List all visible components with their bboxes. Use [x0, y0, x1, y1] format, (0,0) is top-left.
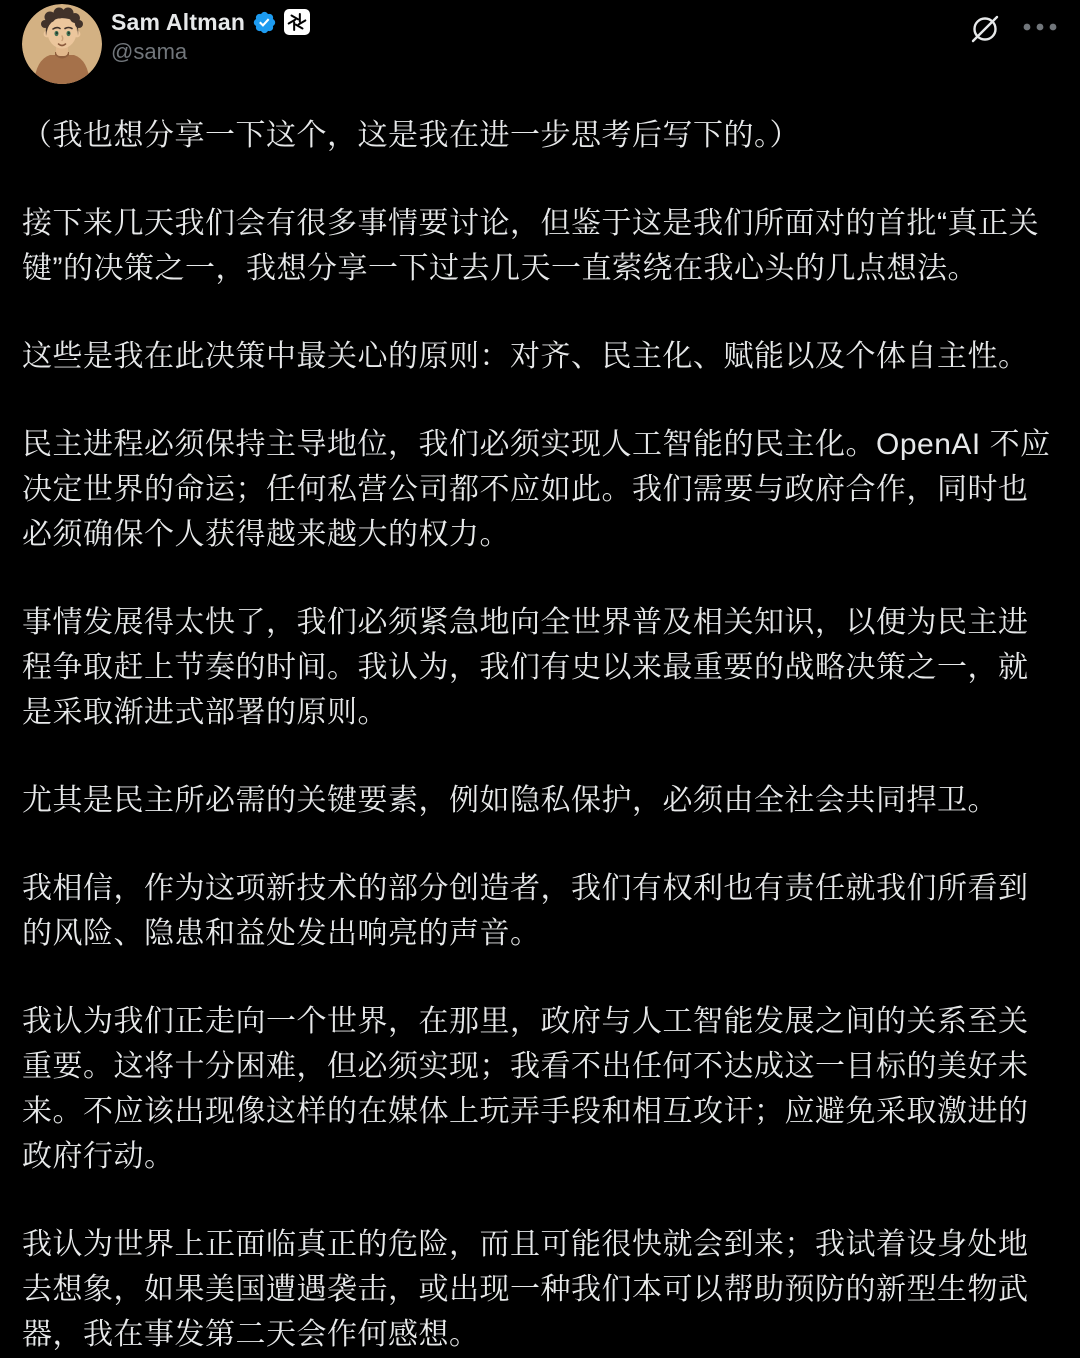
ellipsis-icon	[1022, 22, 1058, 32]
avatar-cartoon-illustration	[22, 4, 102, 84]
openai-logo-icon	[286, 11, 308, 33]
verified-badge-icon	[252, 10, 277, 35]
identity-block: Sam Altman	[111, 4, 310, 66]
paragraph-9: 我认为世界上正面临真正的危险，而且可能很快就会到来；我试着设身处地去想象，如果美…	[22, 1222, 1058, 1357]
paragraph-4: 民主进程必须保持主导地位，我们必须实现人工智能的民主化。OpenAI 不应决定世…	[22, 422, 1058, 557]
paragraph-1: （我也想分享一下这个，这是我在进一步思考后写下的。）	[22, 113, 1058, 158]
grok-icon	[966, 10, 1004, 48]
more-menu-button[interactable]	[1022, 10, 1058, 32]
grok-button[interactable]	[966, 10, 1004, 48]
paragraph-3: 这些是我在此决策中最关心的原则：对齐、民主化、赋能以及个体自主性。	[22, 334, 1058, 379]
avatar[interactable]	[22, 4, 102, 84]
openai-affiliate-badge[interactable]	[284, 9, 310, 35]
user-handle[interactable]: @sama	[111, 38, 310, 66]
paragraph-6: 尤其是民主所必需的关键要素，例如隐私保护，必须由全社会共同捍卫。	[22, 778, 1058, 823]
name-row: Sam Altman	[111, 8, 310, 36]
post-text: （我也想分享一下这个，这是我在进一步思考后写下的。） 接下来几天我们会有很多事情…	[22, 113, 1058, 1357]
paragraph-2: 接下来几天我们会有很多事情要讨论，但鉴于这是我们所面对的首批“真正关键”的决策之…	[22, 201, 1058, 291]
paragraph-8: 我认为我们正走向一个世界，在那里，政府与人工智能发展之间的关系至关重要。这将十分…	[22, 999, 1058, 1179]
paragraph-7: 我相信，作为这项新技术的部分创造者，我们有权利也有责任就我们所看到的风险、隐患和…	[22, 866, 1058, 956]
post-page: Sam Altman	[0, 0, 1080, 1358]
header-actions	[966, 4, 1058, 48]
display-name[interactable]: Sam Altman	[111, 8, 245, 36]
post-header: Sam Altman	[22, 4, 1058, 84]
paragraph-5: 事情发展得太快了，我们必须紧急地向全世界普及相关知识，以便为民主进程争取赶上节奏…	[22, 600, 1058, 735]
